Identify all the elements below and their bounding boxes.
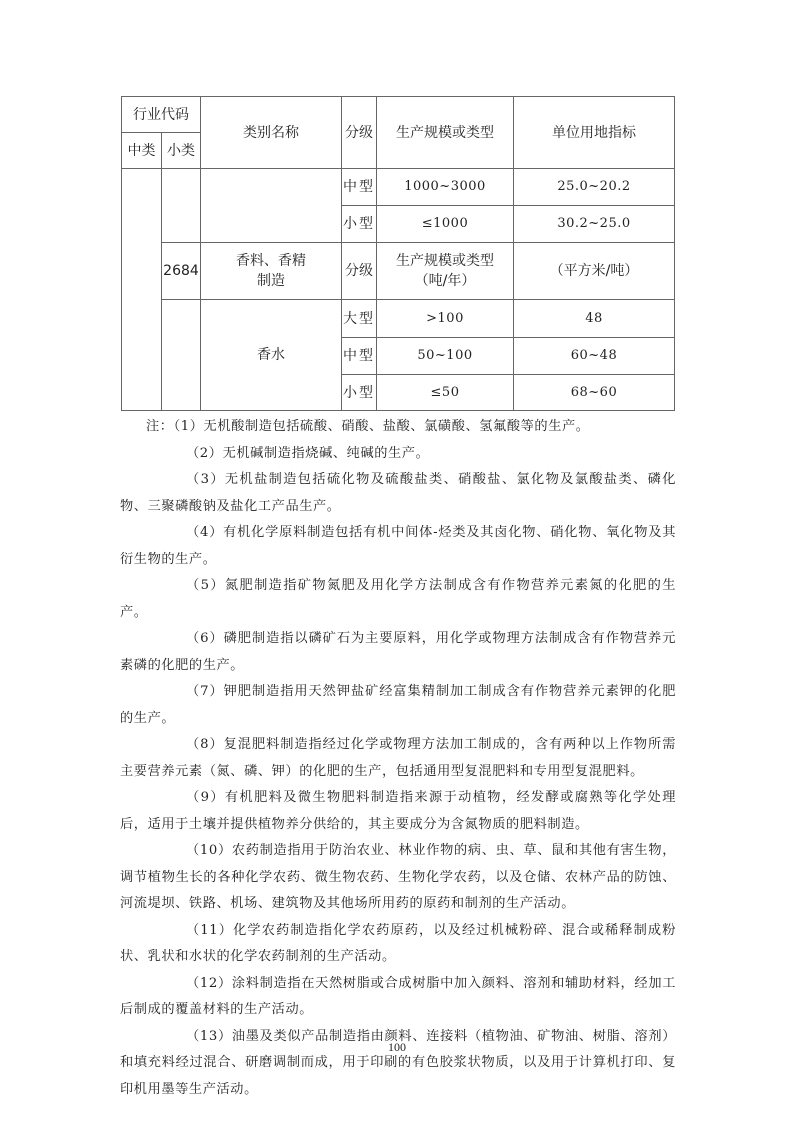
header-small-class: 小类 — [162, 133, 201, 169]
header-middle-class: 中类 — [122, 133, 162, 169]
category-name-perfume: 香水 — [201, 300, 342, 411]
category-name-2684: 香料、香精 制造 — [201, 243, 342, 300]
land-use-index-table: 行业代码 类别名称 分级 生产规模或类型 单位用地指标 中类 小类 中型 100… — [121, 96, 675, 411]
scale-cell: ≤50 — [377, 375, 514, 411]
note-4: （4）有机化学原料制造包括有机中间体-烃类及其卤化物、硝化物、氧化物及其衍生物的… — [120, 520, 676, 573]
index-cell: 25.0~20.2 — [514, 169, 675, 206]
note-10: （10）农药制造指用于防治农业、林业作物的病、虫、草、鼠和其他有害生物，调节植物… — [120, 838, 676, 918]
table-row: 2684 香料、香精 制造 分级 生产规模或类型 （吨/年） （平方米/吨） — [122, 243, 675, 300]
note-13: （13）油墨及类似产品制造指由颜料、连接料（植物油、矿物油、树脂、溶剂）和填充料… — [120, 1024, 676, 1104]
table-row: 香水 大型 >100 48 — [122, 300, 675, 338]
scale-cell: >100 — [377, 300, 514, 338]
scale-header-2684: 生产规模或类型 （吨/年） — [377, 243, 514, 300]
index-cell: 68~60 — [514, 375, 675, 411]
grade-header-2684: 分级 — [342, 243, 377, 300]
code-2684: 2684 — [162, 243, 201, 300]
scale-cell: 50~100 — [377, 338, 514, 375]
note-7: （7）钾肥制造指用天然钾盐矿经富集精制加工制成含有作物营养元素钾的化肥的生产。 — [120, 679, 676, 732]
note-2: （2）无机碱制造指烧碱、纯碱的生产。 — [120, 441, 676, 468]
unit-header-2684: （平方米/吨） — [514, 243, 675, 300]
note-5: （5）氮肥制造指矿物氮肥及用化学方法制成含有作物营养元素氮的化肥的生产。 — [120, 573, 676, 626]
scale-cell: ≤1000 — [377, 206, 514, 243]
grade-cell: 中型 — [342, 169, 377, 206]
header-industry-code: 行业代码 — [122, 97, 201, 133]
note-6: （6）磷肥制造指以磷矿石为主要原料，用化学或物理方法制成含有作物营养元素磷的化肥… — [120, 626, 676, 679]
page-number: 100 — [0, 1040, 794, 1055]
index-cell: 30.2~25.0 — [514, 206, 675, 243]
grade-cell: 小型 — [342, 375, 377, 411]
index-cell: 60~48 — [514, 338, 675, 375]
header-land-index: 单位用地指标 — [514, 97, 675, 169]
scale-cell: 1000~3000 — [377, 169, 514, 206]
small-class-cell — [162, 169, 201, 243]
note-11: （11）化学农药制造指化学农药原药，以及经过机械粉碎、混合或稀释制成粉状、乳状和… — [120, 918, 676, 971]
header-category-name: 类别名称 — [201, 97, 342, 169]
grade-cell: 中型 — [342, 338, 377, 375]
index-cell: 48 — [514, 300, 675, 338]
note-8: （8）复混肥料制造指经过化学或物理方法加工制成的，含有两种以上作物所需主要营养元… — [120, 732, 676, 785]
category-name-cell — [201, 169, 342, 243]
note-9: （9）有机肥料及微生物肥料制造指来源于动植物，经发酵或腐熟等化学处理后，适用于土… — [120, 785, 676, 838]
note-1: 注：（1）无机酸制造包括硫酸、硝酸、盐酸、氯磺酸、氢氟酸等的生产。 — [120, 414, 676, 441]
table-row: 中型 1000~3000 25.0~20.2 — [122, 169, 675, 206]
middle-class-cell — [122, 169, 162, 411]
note-3: （3）无机盐制造包括硫化物及硫酸盐类、硝酸盐、氯化物及氯酸盐类、磷化物、三聚磷酸… — [120, 467, 676, 520]
grade-cell: 小型 — [342, 206, 377, 243]
notes-section: 注：（1）无机酸制造包括硫酸、硝酸、盐酸、氯磺酸、氢氟酸等的生产。 （2）无机碱… — [120, 414, 676, 1103]
header-grade: 分级 — [342, 97, 377, 169]
small-class-cell — [162, 300, 201, 411]
header-scale-type: 生产规模或类型 — [377, 97, 514, 169]
grade-cell: 大型 — [342, 300, 377, 338]
note-12: （12）涂料制造指在天然树脂或合成树脂中加入颜料、溶剂和辅助材料，经加工后制成的… — [120, 971, 676, 1024]
